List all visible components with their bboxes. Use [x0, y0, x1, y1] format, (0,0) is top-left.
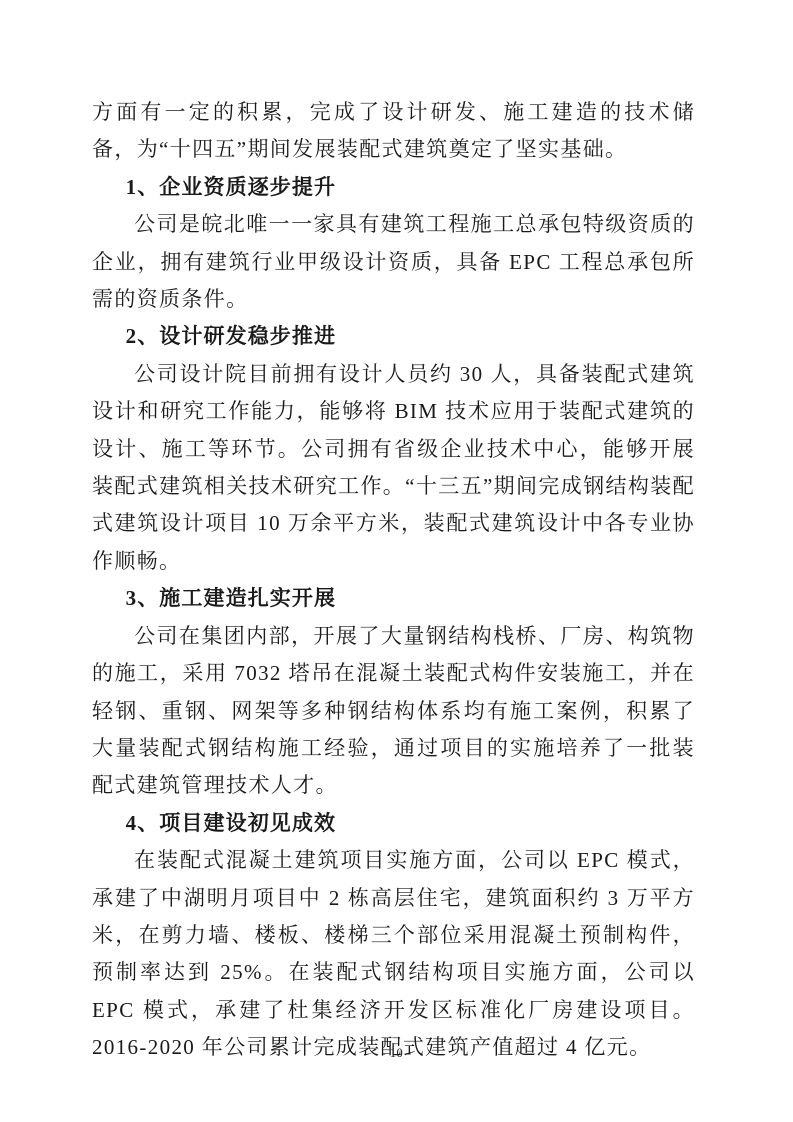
document-body: 方面有一定的积累，完成了设计研发、施工建造的技术储备，为“十四五”期间发展装配式…	[92, 94, 695, 1067]
document-page: 方面有一定的积累，完成了设计研发、施工建造的技术储备，为“十四五”期间发展装配式…	[0, 0, 793, 1122]
paragraph-section-3: 公司在集团内部，开展了大量钢结构栈桥、厂房、构筑物的施工，采用 7032 塔吊在…	[92, 618, 695, 805]
heading-section-3: 3、施工建造扎实开展	[92, 580, 695, 617]
page-number: - 10 -	[381, 1046, 411, 1060]
paragraph-section-4: 在装配式混凝土建筑项目实施方面，公司以 EPC 模式，承建了中湖明月项目中 2 …	[92, 842, 695, 1066]
paragraph-section-2: 公司设计院目前拥有设计人员约 30 人，具备装配式建筑设计和研究工作能力，能够将…	[92, 356, 695, 580]
heading-section-1: 1、企业资质逐步提升	[92, 169, 695, 206]
heading-section-4: 4、项目建设初见成效	[92, 805, 695, 842]
paragraph-section-1: 公司是皖北唯一一家具有建筑工程施工总承包特级资质的企业，拥有建筑行业甲级设计资质…	[92, 206, 695, 318]
page-footer: - 10 -	[0, 1044, 793, 1062]
paragraph-continued: 方面有一定的积累，完成了设计研发、施工建造的技术储备，为“十四五”期间发展装配式…	[92, 94, 695, 169]
heading-section-2: 2、设计研发稳步推进	[92, 318, 695, 355]
